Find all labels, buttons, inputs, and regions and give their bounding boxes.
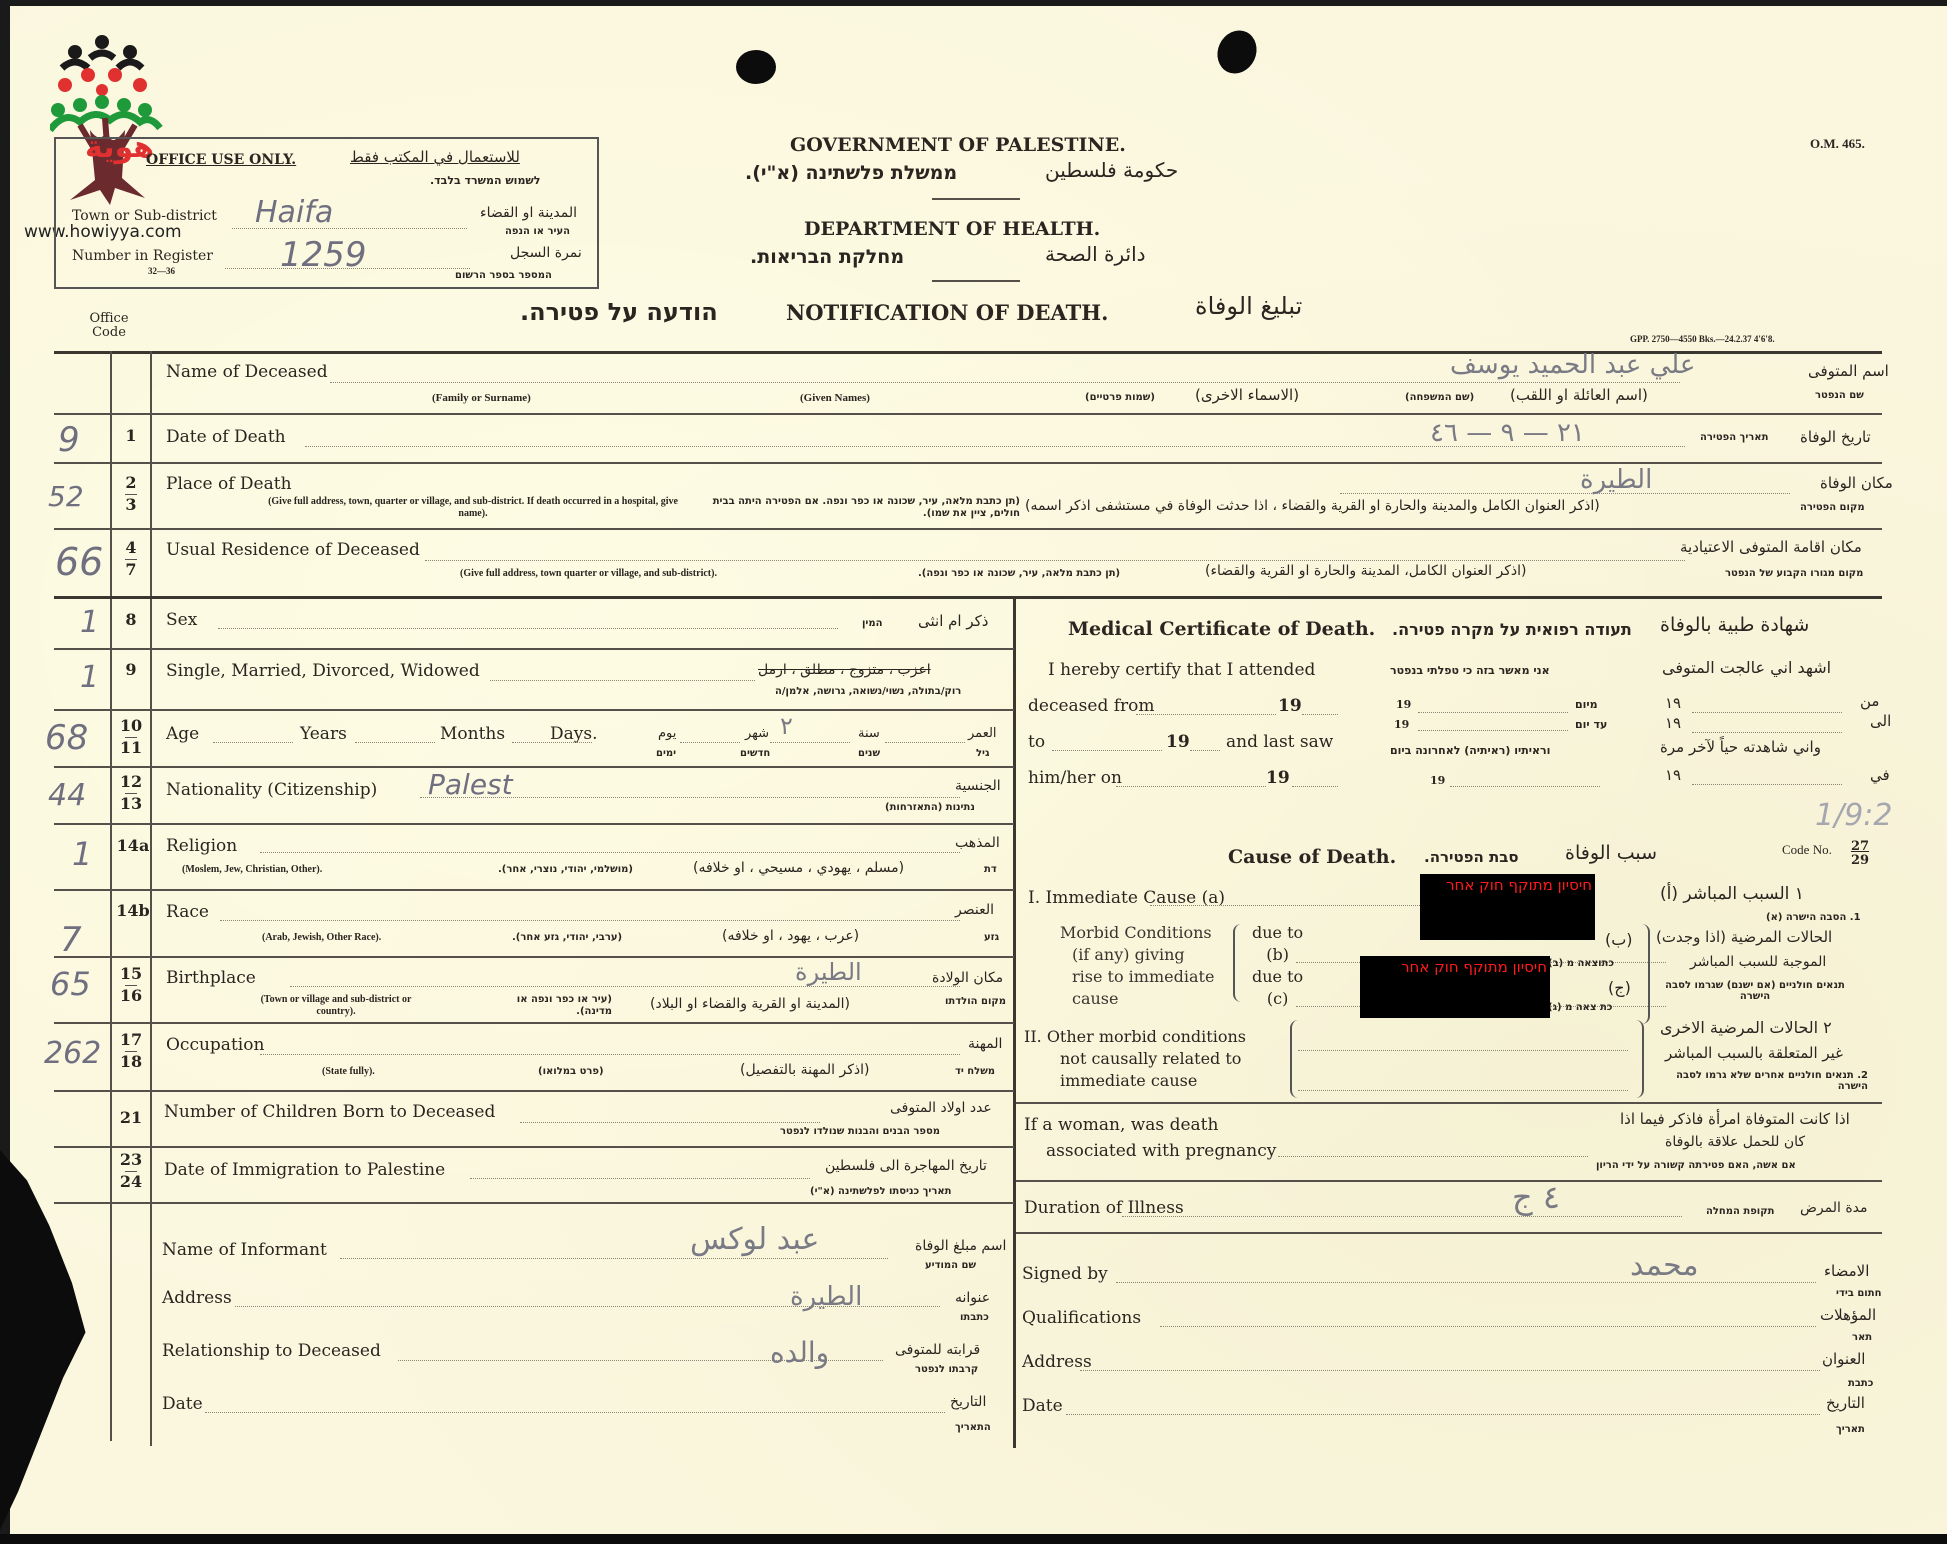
row-sep-right: [1016, 1180, 1882, 1182]
other-brace-right: [1632, 1020, 1644, 1098]
pregnancy-field[interactable]: [1278, 1156, 1588, 1157]
duration-field[interactable]: [1122, 1216, 1682, 1217]
signed-by-label: Signed by: [1022, 1264, 1108, 1284]
redaction-box: חיסיון מתוקף חוק אחר: [1360, 956, 1550, 1018]
from-ar-year: ١٩: [1665, 694, 1681, 712]
doctor-address-field[interactable]: [1080, 1370, 1820, 1371]
header-title-ar: تبليغ الوفاة: [1195, 292, 1302, 320]
row-sep: [54, 648, 1014, 650]
row-sep: [54, 766, 1014, 768]
religion-field[interactable]: [260, 852, 960, 853]
duration-ar: مدة المرض: [1800, 1200, 1868, 1216]
on-field[interactable]: [1116, 786, 1266, 787]
to-he-year: 19: [1394, 718, 1409, 731]
number-column-divider: [150, 351, 152, 1446]
row-number: 1213: [114, 774, 148, 813]
row-sep-right: [1016, 1232, 1882, 1234]
num-top: 15: [120, 964, 142, 983]
last-saw-he: וראיתיו (ראיתיה) לאחרונה ביום: [1390, 744, 1550, 757]
religion-label-he: דת: [984, 864, 997, 875]
sex-label-he: המין: [862, 618, 882, 629]
age-label-ar: العمر: [968, 726, 997, 741]
race-hint: (Arab, Jewish, Other Race).: [262, 932, 381, 943]
name-sub-given-ar: (الاسماء الاخرى): [1195, 386, 1299, 404]
code-bottom: 29: [1851, 853, 1869, 868]
doctor-address-ar: العنوان: [1822, 1350, 1865, 1368]
name-sub-given: (Given Names): [800, 392, 870, 404]
from-ar: من: [1860, 692, 1879, 710]
other-he: 2. תנאים חולניים אחרים שלא גרמו לסבה היש…: [1668, 1070, 1868, 1092]
code-label: Code No.: [1782, 842, 1832, 858]
cause-c-he: כת צאה מ (ג): [1548, 1002, 1612, 1013]
immediate-cause-ar: ١ السبب المباشر (أ): [1660, 884, 1804, 904]
residence-hint-ar: (اذكر العنوان الكامل، المدينة والحارة او…: [1205, 563, 1526, 579]
row-number: 47: [114, 540, 148, 579]
town-label-he: העיר או הנפה: [505, 226, 570, 237]
informant-relation-label: Relationship to Deceased: [162, 1341, 381, 1361]
race-hint-he: (ערבי, יהודי, גזע אחר).: [512, 932, 622, 943]
other-line: immediate cause: [1024, 1070, 1246, 1092]
residence-label-he: מקום מגורו הקבוע של הנפטר: [1725, 568, 1863, 579]
age-days-he: ימים: [656, 748, 676, 759]
informant-name-value[interactable]: عبد لوكس: [690, 1222, 819, 1257]
due-to-b: due to (b) due to (c): [1252, 922, 1303, 1010]
num-bottom: 3: [125, 495, 136, 514]
race-label: Race: [166, 902, 209, 922]
num-top: 4: [125, 538, 136, 557]
place-of-death-hint-ar: (اذكر العنوان الكامل والمدينة والحارة او…: [1025, 498, 1600, 514]
to-label: to: [1028, 732, 1045, 752]
on-ar-field[interactable]: [1692, 784, 1842, 785]
date-of-death-label-ar: تاريخ الوفاة: [1800, 428, 1871, 446]
from-year: 19: [1278, 696, 1302, 716]
row-sep: [54, 956, 1014, 958]
row-sep: [54, 413, 1882, 415]
office-use-title-ar: للاستعمال في المكتب فقط: [350, 148, 520, 166]
informant-relation-ar: قرابته للمتوفى: [895, 1342, 980, 1358]
row-number: 2324: [114, 1152, 148, 1191]
morbid-he: תנאים חולניים (אם ישנם) שגרמו לסבה הישרה: [1665, 980, 1845, 1002]
birthplace-label: Birthplace: [166, 968, 256, 988]
row-sep: [54, 1202, 1014, 1204]
other-morbid-field-2[interactable]: [1298, 1090, 1628, 1091]
occupation-hint-he: (פרט במלואו): [538, 1066, 604, 1077]
cause-c-ar: (ج): [1608, 978, 1631, 997]
brace-left: [1233, 924, 1243, 1002]
margin-code: 66: [55, 540, 103, 584]
medical-title: Medical Certificate of Death.: [1068, 618, 1375, 640]
race-label-he: גזע: [984, 932, 999, 943]
age-years-label: Years: [300, 724, 347, 744]
row-number: 21: [114, 1110, 148, 1127]
register-label-he: המספר בספר הרשום: [455, 270, 552, 281]
age-months-ar: شهر: [745, 726, 769, 741]
other-ar-1: ٢ الحالات المرضية الاخرى: [1660, 1018, 1832, 1037]
informant-address-he: כתבתו: [960, 1312, 989, 1323]
residence-label: Usual Residence of Deceased: [166, 540, 420, 560]
row-sep: [54, 709, 1014, 711]
duration-label: Duration of Illness: [1024, 1198, 1184, 1218]
register-label: Number in Register: [72, 248, 213, 264]
date-of-death-value[interactable]: ٢١ — ٩ — ٤٦: [1430, 418, 1585, 448]
age-days-label: Days.: [550, 724, 598, 744]
row-number: 1718: [114, 1032, 148, 1071]
due-to-text: due to: [1252, 966, 1303, 988]
register-sub: 32—36: [148, 266, 175, 276]
marital-label: Single, Married, Divorced, Widowed: [166, 661, 480, 681]
name-field[interactable]: [330, 382, 1680, 383]
immigration-field[interactable]: [470, 1178, 810, 1179]
occupation-hint: (State fully).: [322, 1066, 375, 1077]
from-year-field[interactable]: [1302, 714, 1338, 715]
birthplace-hint: (Town or village and sub-district or cou…: [256, 994, 416, 1018]
cause-title-he: סבת הפטירה.: [1424, 848, 1519, 866]
children-label: Number of Children Born to Deceased: [164, 1102, 495, 1122]
pregnancy-ar-1: اذا كانت المتوفاة امرأة فاذكر فيما اذا: [1620, 1110, 1850, 1128]
certify-text: I hereby certify that I attended: [1048, 660, 1315, 680]
header-dept-he: מחלקת הבריאות.: [750, 246, 904, 268]
doctor-address-label: Address: [1022, 1352, 1092, 1372]
marital-field[interactable]: [490, 680, 755, 681]
to-year: 19: [1166, 732, 1190, 752]
doctor-address-he: כתבת: [1848, 1378, 1873, 1389]
birthplace-hint-he: (עיר או כפר ונפה או מדינה).: [512, 994, 612, 1018]
informant-address-value[interactable]: الطيرة: [790, 1282, 862, 1312]
informant-name-ar: اسم مبلغ الوفاة: [915, 1238, 1006, 1254]
age-months-field[interactable]: [355, 742, 435, 743]
informant-date-he: התאריך: [955, 1422, 991, 1433]
row-number: 1516: [114, 966, 148, 1005]
row-sep: [54, 1146, 1014, 1148]
signed-by-value[interactable]: محمد: [1630, 1248, 1699, 1283]
informant-date-ar: التاريخ: [950, 1394, 986, 1410]
doctor-date-field[interactable]: [1066, 1414, 1820, 1415]
margin-code: 7: [60, 920, 82, 960]
brace-right: [1640, 924, 1650, 1024]
from-he: מיום: [1575, 698, 1598, 711]
name-label-he: שם הנפטר: [1815, 390, 1864, 401]
age-days-ar: يوم: [658, 726, 676, 741]
morbid-line: Morbid Conditions: [1060, 922, 1214, 944]
place-of-death-field[interactable]: [1340, 493, 1790, 494]
register-label-ar: نمرة السجل: [510, 245, 582, 261]
margin-code: 68: [45, 718, 88, 758]
office-use-title-he: לשמוש המשרד בלבד.: [430, 174, 540, 187]
header-title: NOTIFICATION OF DEATH.: [786, 300, 1108, 325]
num-bottom: 24: [120, 1172, 142, 1191]
age-years-field[interactable]: [213, 742, 293, 743]
place-of-death-hint: (Give full address, town, quarter or vil…: [268, 496, 678, 520]
immediate-cause-he: 1. הסבה הישרה (א): [1766, 912, 1861, 923]
immigration-label: Date of Immigration to Palestine: [164, 1160, 445, 1180]
row-sep-right: [1016, 1102, 1882, 1104]
birthplace-field[interactable]: [290, 986, 960, 987]
age-months-he: חדשים: [740, 748, 770, 759]
town-value[interactable]: Haifa: [255, 195, 333, 230]
other-morbid-label: II. Other morbid conditions not causally…: [1024, 1026, 1246, 1092]
place-of-death-value[interactable]: الطيرة: [1580, 465, 1652, 495]
header-divider-1: [932, 198, 1020, 200]
redaction-box: חיסיון מתוקף חוק אחר: [1420, 874, 1595, 940]
occupation-label: Occupation: [166, 1035, 264, 1055]
on-label: him/her on: [1028, 768, 1122, 788]
birthplace-label-ar: مكان الولادة: [932, 970, 1003, 986]
to-ar-field[interactable]: [1692, 732, 1842, 733]
num-top: 23: [120, 1150, 142, 1169]
from-field[interactable]: [1136, 714, 1276, 715]
other-morbid-field-1[interactable]: [1298, 1050, 1628, 1051]
nationality-label-he: נתינות (התאזרחות): [885, 802, 975, 813]
row-sep: [54, 823, 1014, 825]
doctor-date-ar: التاريخ: [1826, 1394, 1865, 1412]
name-label-ar: اسم المتوفى: [1808, 362, 1889, 380]
margin-code: 1: [80, 660, 99, 695]
town-label: Town or Sub-district: [72, 208, 217, 224]
header-gov-he: ממשלת פלשתינה (א"י).: [745, 162, 957, 184]
sex-label: Sex: [166, 610, 197, 630]
sex-field[interactable]: [218, 628, 838, 629]
other-line: not causally related to: [1024, 1048, 1246, 1070]
due-to-text: due to: [1252, 922, 1303, 944]
date-of-death-label-he: תאריך הפטירה: [1700, 432, 1768, 443]
certify-he: אני מאשר בזה כי טפלתי בנפטר: [1390, 664, 1550, 677]
header-dept: DEPARTMENT OF HEALTH.: [804, 218, 1100, 240]
place-of-death-hint-he: (תן כתבת מלאה, עיר, שכונה או כפר ונפה. א…: [690, 496, 1020, 520]
on-he-field[interactable]: [1450, 786, 1600, 787]
race-field[interactable]: [220, 920, 960, 921]
doctor-date-label: Date: [1022, 1396, 1063, 1416]
informant-name-he: שם המודיע: [925, 1260, 976, 1271]
on-year-field[interactable]: [1292, 786, 1338, 787]
margin-code: 1: [80, 605, 99, 640]
num-top: 12: [120, 772, 142, 791]
nationality-label-ar: الجنسية: [955, 778, 1001, 794]
informant-relation-he: קרבתו לנפטר: [915, 1364, 978, 1375]
to-year-field[interactable]: [1190, 750, 1220, 751]
informant-date-label: Date: [162, 1394, 203, 1414]
margin-code: 52: [48, 480, 84, 513]
medical-annotation: 1/9:2: [1815, 798, 1892, 833]
name-label: Name of Deceased: [166, 362, 328, 382]
from-he-field[interactable]: [1418, 712, 1568, 713]
register-value[interactable]: 1259: [280, 235, 367, 275]
cause-b-ar: (ب): [1605, 930, 1633, 949]
num-bottom: 13: [120, 794, 142, 813]
name-value[interactable]: علي عبد الحميد يوسف: [1450, 350, 1695, 380]
informant-address-label: Address: [162, 1288, 232, 1308]
other-ar-2: غير المتعلقة بالسبب المباشر: [1665, 1044, 1843, 1062]
medical-title-he: תעודה רפואית על מקרה פטירה.: [1392, 620, 1632, 639]
place-of-death-label: Place of Death: [166, 474, 292, 494]
pregnancy-line: If a woman, was death: [1024, 1112, 1276, 1138]
cause-title: Cause of Death.: [1228, 846, 1396, 868]
margin-column-divider: [110, 351, 112, 1441]
duration-he: תקופת המחלה: [1706, 1206, 1774, 1217]
occupation-label-he: משלח יד: [955, 1066, 995, 1077]
occupation-label-ar: المهنة: [968, 1036, 1002, 1052]
on-he-year: 19: [1430, 774, 1445, 787]
informant-name-field[interactable]: [340, 1258, 888, 1259]
margin-code: 44: [48, 778, 86, 813]
form-code: O.M. 465.: [1810, 136, 1865, 152]
birthplace-hint-ar: (المدينة او القرية والقضاء او البلاد): [650, 996, 850, 1012]
header-title-he: הודעה על פטירה.: [520, 298, 718, 326]
race-hint-ar: (عرب ، يهود ، او خلافه): [722, 928, 859, 944]
duration-value[interactable]: ٤ ج: [1512, 1178, 1560, 1216]
from-label: deceased from: [1028, 696, 1155, 716]
pregnancy-label: If a woman, was death associated with pr…: [1024, 1112, 1276, 1164]
header-dept-ar: دائرة الصحة: [1045, 242, 1146, 266]
row-sep: [54, 1022, 1014, 1024]
occupation-field[interactable]: [260, 1054, 960, 1055]
religion-hint-he: (מושלמי, יהודי, נוצרי, אחר).: [498, 864, 633, 875]
header-divider-2: [932, 280, 1020, 282]
residence-hint-he: (תן כתבת מלאה, עיר, שכונה או כפר ונפה).: [918, 568, 1120, 579]
marital-label-ar: اعزب ، متزوج ، مطلق ، ارمل: [758, 662, 931, 678]
last-saw-label: and last saw: [1226, 732, 1333, 752]
qualifications-field[interactable]: [1160, 1326, 1816, 1327]
to-ar: الى: [1870, 712, 1891, 730]
residence-hint: (Give full address, town quarter or vill…: [460, 568, 717, 579]
num-bottom: 16: [120, 986, 142, 1005]
num-bottom: 18: [120, 1052, 142, 1071]
sex-label-ar: ذكر ام انثى: [918, 612, 988, 630]
to-field[interactable]: [1052, 750, 1162, 751]
margin-code: 262: [44, 1036, 101, 1071]
printer-line: GPP. 2750—4550 Bks.—24.2.37 4'6'8.: [1630, 334, 1775, 344]
cause-b-he: כתוצאה מ (ב): [1548, 958, 1614, 969]
age-years-ar: سنة: [858, 726, 880, 741]
signed-by-ar: الامضاء: [1824, 1262, 1869, 1280]
age-months-label: Months: [440, 724, 505, 744]
to-he-field[interactable]: [1418, 730, 1568, 731]
row-number: 23: [114, 475, 148, 514]
name-sub-family: (Family or Surname): [432, 392, 531, 404]
name-sub-given-he: (שמות פרטיים): [1085, 392, 1155, 403]
num-bottom: 11: [120, 738, 142, 757]
other-brace-left: [1290, 1020, 1302, 1098]
name-sub-family-ar: (اسم العائلة او اللقب): [1510, 386, 1648, 404]
religion-hint-ar: (مسلم ، يهودي ، مسيحي ، او خلافه): [693, 860, 904, 876]
children-label-ar: عدد اولاد المتوفى: [890, 1100, 992, 1116]
age-months-value[interactable]: ٢: [780, 712, 793, 740]
age-years-he: שנים: [858, 748, 880, 759]
age-ar-days-field[interactable]: [680, 742, 740, 743]
office-code-label: Office Code: [84, 312, 134, 341]
religion-hint: (Moslem, Jew, Christian, Other).: [182, 864, 322, 875]
morbid-label: Morbid Conditions (if any) giving rise t…: [1060, 922, 1214, 1010]
religion-label: Religion: [166, 836, 237, 856]
medical-title-ar: شهادة طبية بالوفاة: [1660, 614, 1809, 636]
nationality-label: Nationality (Citizenship): [166, 780, 377, 800]
other-line: II. Other morbid conditions: [1024, 1026, 1246, 1048]
on-ar-year: ١٩: [1665, 766, 1681, 784]
age-label-he: גיל: [976, 748, 989, 759]
morbid-line: (if any) giving: [1060, 944, 1214, 966]
header-gov: GOVERNMENT OF PALESTINE.: [790, 134, 1126, 156]
age-ar-months-field[interactable]: [770, 742, 850, 743]
religion-label-ar: المذهب: [955, 835, 1000, 851]
place-of-death-label-ar: مكان الوفاة: [1820, 474, 1893, 492]
row-number: 1011: [114, 718, 148, 757]
from-he-year: 19: [1396, 698, 1411, 711]
residence-field[interactable]: [425, 560, 1685, 561]
signed-by-field[interactable]: [1116, 1282, 1816, 1283]
residence-label-ar: مكان اقامة المتوفى الاعتيادية: [1680, 538, 1862, 556]
children-field[interactable]: [520, 1122, 820, 1123]
informant-name-label: Name of Informant: [162, 1240, 327, 1260]
row-sep: [54, 1090, 1014, 1092]
morbid-line: cause: [1060, 988, 1214, 1010]
age-ar-years-field[interactable]: [885, 742, 965, 743]
immediate-cause-field[interactable]: [1150, 905, 1420, 906]
age-label: Age: [166, 724, 199, 744]
pregnancy-ar-2: كان للحمل علاقة بالوفاة: [1665, 1134, 1805, 1150]
birthplace-label-he: מקום הולדתו: [945, 996, 1006, 1007]
margin-code: 65: [50, 965, 91, 1003]
office-use-title: OFFICE USE ONLY.: [146, 152, 296, 168]
num-top: 10: [120, 716, 142, 735]
birthplace-value[interactable]: الطيرة: [795, 958, 862, 986]
to-ar-year: ١٩: [1665, 714, 1681, 732]
qualifications-label: Qualifications: [1022, 1308, 1141, 1328]
to-he: עד יום: [1575, 718, 1607, 731]
race-label-ar: العنصر: [955, 902, 994, 918]
row-number: 14a: [114, 838, 152, 855]
qualifications-ar: المؤهلات: [1820, 1306, 1876, 1324]
on-ar: في: [1870, 766, 1890, 784]
doctor-date-he: תאריך: [1836, 1424, 1865, 1435]
header-gov-ar: حكومة فلسطين: [1045, 158, 1178, 182]
code-number: 2729: [1848, 840, 1872, 867]
date-of-death-label: Date of Death: [166, 427, 286, 447]
row-number: 8: [114, 612, 148, 629]
punch-hole-left: [736, 50, 776, 84]
row-number: 14b: [114, 903, 152, 920]
margin-code: 1: [72, 835, 92, 873]
occupation-hint-ar: (اذكر المهنة بالتفصيل): [740, 1062, 869, 1078]
certify-ar: اشهد اني عالجت المتوفى: [1662, 658, 1831, 677]
children-label-he: מספר הבנים והבנות שנולדו לנפטר: [780, 1126, 940, 1137]
name-sub-family-he: (שם המשפחה): [1405, 392, 1474, 403]
row-sep: [54, 889, 1014, 891]
row-sep: [54, 596, 1882, 599]
place-of-death-label-he: מקום הפטירה: [1800, 502, 1865, 513]
margin-code: 9: [58, 420, 80, 460]
pregnancy-line: associated with pregnancy: [1024, 1138, 1276, 1164]
informant-address-ar: عنوانه: [955, 1290, 990, 1306]
immigration-label-ar: تاريخ المهاجرة الى فلسطين: [825, 1158, 987, 1174]
last-saw-ar: واني شاهدته حياً لآخر مرة: [1660, 738, 1821, 756]
town-label-ar: المدينة او القضاء: [480, 205, 577, 221]
num-top: 2: [125, 473, 136, 492]
morbid-ar-2: الموجبة للسبب المباشر: [1690, 954, 1826, 970]
informant-date-field[interactable]: [205, 1412, 945, 1413]
signed-by-he: חתום בידי: [1836, 1288, 1881, 1299]
row-number: 1: [114, 428, 148, 445]
morbid-ar-1: الحالات المرضية (اذا وجدت): [1656, 928, 1832, 946]
row-sep: [54, 462, 1882, 464]
from-ar-field[interactable]: [1692, 712, 1842, 713]
scan-border: [0, 1534, 1947, 1544]
pregnancy-he: אם אשה, האם פטירתה קשורה על ידי הריון: [1596, 1160, 1796, 1171]
informant-relation-value[interactable]: والده: [770, 1336, 829, 1369]
cause-title-ar: سبب الوفاة: [1565, 842, 1657, 864]
nationality-value[interactable]: Palest: [428, 768, 513, 801]
marital-label-he: רוק/בתולה, נשוי/נשואה, גרושה, אלמן/ה: [775, 686, 961, 697]
on-year: 19: [1266, 768, 1290, 788]
qualifications-he: תאר: [1852, 1332, 1872, 1343]
